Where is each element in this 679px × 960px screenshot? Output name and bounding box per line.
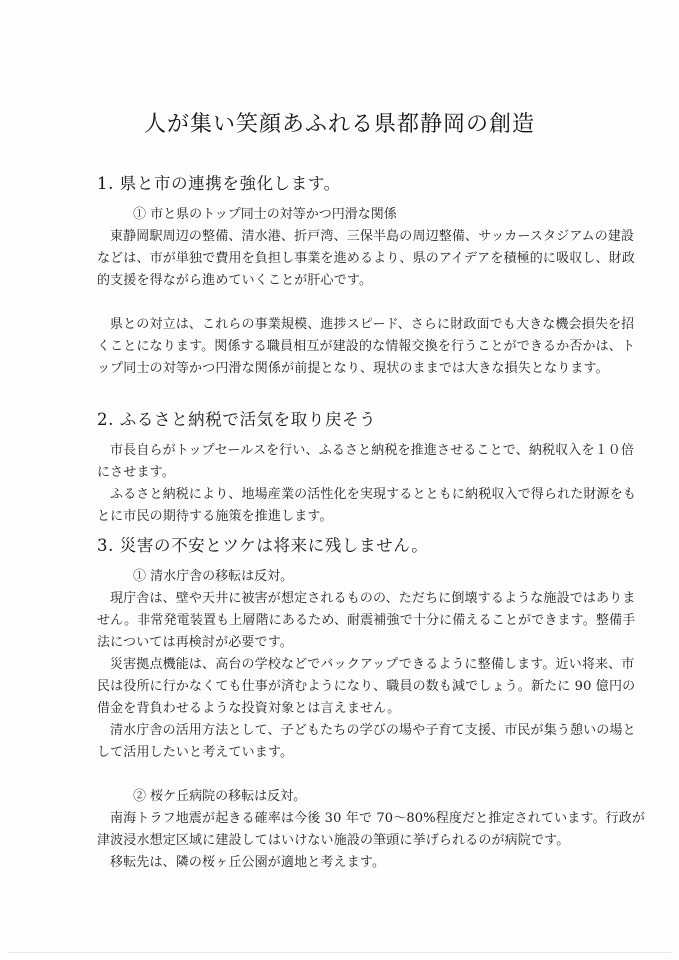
- paragraph-line: 法については再検討が必要です。: [97, 632, 585, 654]
- document-body: 1. 県と市の連携を強化します。 ① 市と県のトップ同士の対等かつ円滑な関係 東…: [97, 172, 585, 874]
- paragraph-line: くことになります。関係する職員相互が建設的な情報交換を行うことができるか否かは、…: [97, 336, 585, 358]
- paragraph: 災害拠点機能は、高台の学校などでバックアップできるように整備します。近い将来、市…: [97, 654, 585, 720]
- paragraph: 東静岡駅周辺の整備、清水港、折戸湾、三保半島の周辺整備、サッカースタジアムの建設…: [97, 226, 585, 292]
- paragraph-line: 東静岡駅周辺の整備、清水港、折戸湾、三保半島の周辺整備、サッカースタジアムの建設: [97, 226, 585, 248]
- document-page: 人が集い笑顔あふれる県都静岡の創造 1. 県と市の連携を強化します。 ① 市と県…: [0, 0, 679, 960]
- paragraph-line: 清水庁舎の活用方法として、子どもたちの学びの場や子育て支援、市民が集う憩いの場と: [97, 720, 585, 742]
- paragraph: 現庁舎は、壁や天井に被害が想定されるものの、ただちに倒壊するような施設ではありま…: [97, 588, 585, 654]
- paragraph-line: 津波浸水想定区域に建設してはいけない施設の筆頭に挙げられるのが病院です。: [97, 830, 585, 852]
- paragraph-line: などは、市が単独で費用を負担し事業を進めるより、県のアイデアを積極的に吸収し、財…: [97, 248, 585, 270]
- paragraph: 市長自らがトップセールスを行い、ふるさと納税を推進させることで、納税収入を１０倍…: [97, 440, 585, 484]
- subsection-heading: ① 市と県のトップ同士の対等かつ円滑な関係: [97, 204, 585, 226]
- paragraph-line: 現庁舎は、壁や天井に被害が想定されるものの、ただちに倒壊するような施設ではありま: [97, 588, 585, 610]
- subsection-heading: ① 清水庁舎の移転は反対。: [97, 566, 585, 588]
- paragraph: 清水庁舎の活用方法として、子どもたちの学びの場や子育て支援、市民が集う憩いの場と…: [97, 720, 585, 764]
- subsection-heading: ② 桜ケ丘病院の移転は反対。: [97, 786, 585, 808]
- paragraph-line: ふるさと納税により、地場産業の活性化を実現するとともに納税収入で得られた財源をも: [97, 484, 585, 506]
- paragraph-line: 借金を背負わせるような投資対象とは言えません。: [97, 698, 585, 720]
- paragraph-line: とに市民の期待する施策を推進します。: [97, 506, 585, 528]
- paragraph-line: にさせます。: [97, 462, 585, 484]
- paragraph-line: 災害拠点機能は、高台の学校などでバックアップできるように整備します。近い将来、市: [97, 654, 585, 676]
- section-heading: 3. 災害の不安とツケは将来に残しません。: [97, 534, 585, 558]
- paragraph: 県との対立は、これらの事業規模、進捗スピード、さらに財政面でも大きな機会損失を招…: [97, 314, 585, 380]
- paragraph: ふるさと納税により、地場産業の活性化を実現するとともに納税収入で得られた財源をも…: [97, 484, 585, 528]
- scan-edge-line: [8, 952, 671, 953]
- paragraph-line: ップ同士の対等かつ円滑な関係が前提となり、現状のままでは大きな損失となります。: [97, 358, 585, 380]
- paragraph-line: 的支援を得ながら進めていくことが肝心です。: [97, 270, 585, 292]
- paragraph: 南海トラフ地震が起きる確率は今後 30 年で 70～80%程度だと推定されていま…: [97, 808, 585, 852]
- paragraph-line: 民は役所に行かなくても仕事が済むようになり、職員の数も減でしょう。新たに 90 …: [97, 676, 585, 698]
- paragraph-line: 移転先は、隣の桜ヶ丘公園が適地と考えます。: [97, 852, 585, 874]
- section-3: 3. 災害の不安とツケは将来に残しません。 ① 清水庁舎の移転は反対。 現庁舎は…: [97, 534, 585, 874]
- section-1: 1. 県と市の連携を強化します。 ① 市と県のトップ同士の対等かつ円滑な関係 東…: [97, 172, 585, 380]
- paragraph: 移転先は、隣の桜ヶ丘公園が適地と考えます。: [97, 852, 585, 874]
- paragraph-line: 南海トラフ地震が起きる確率は今後 30 年で 70～80%程度だと推定されていま…: [97, 808, 585, 830]
- document-title: 人が集い笑顔あふれる県都静岡の創造: [0, 107, 679, 138]
- section-heading: 1. 県と市の連携を強化します。: [97, 172, 585, 196]
- section-2: 2. ふるさと納税で活気を取り戻そう 市長自らがトップセールスを行い、ふるさと納…: [97, 408, 585, 528]
- paragraph-line: して活用したいと考えています。: [97, 742, 585, 764]
- paragraph-line: 市長自らがトップセールスを行い、ふるさと納税を推進させることで、納税収入を１０倍: [97, 440, 585, 462]
- section-heading: 2. ふるさと納税で活気を取り戻そう: [97, 408, 585, 432]
- paragraph-line: せん。非常発電装置も上層階にあるため、耐震補強で十分に備えることができます。整備…: [97, 610, 585, 632]
- paragraph-line: 県との対立は、これらの事業規模、進捗スピード、さらに財政面でも大きな機会損失を招: [97, 314, 585, 336]
